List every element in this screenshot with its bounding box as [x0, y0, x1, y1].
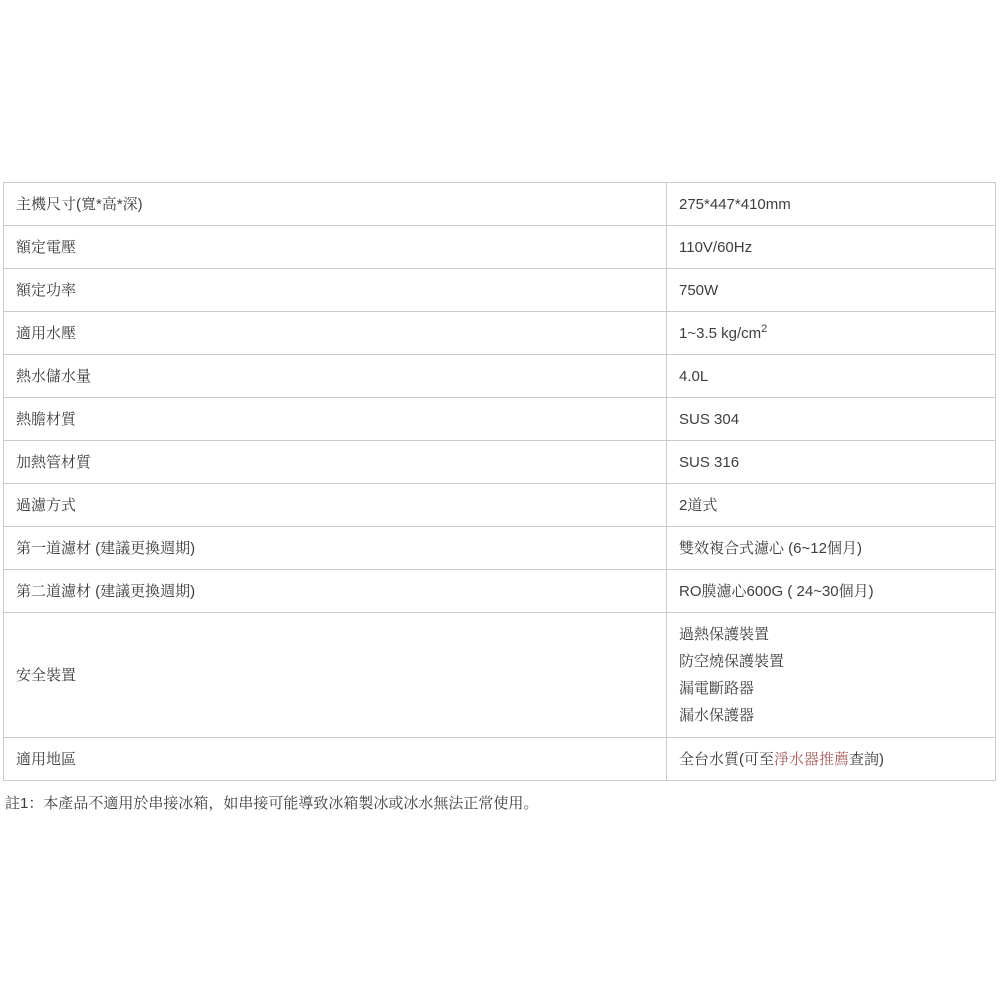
row-value: 2道式 — [667, 484, 996, 527]
row-value: 過熱保護裝置 防空燒保護裝置 漏電斷路器 漏水保護器 — [667, 613, 996, 738]
spec-table: 主機尺寸(寬*高*深) 275*447*410mm 額定電壓 110V/60Hz… — [3, 182, 996, 781]
table-row-safety-devices: 安全裝置 過熱保護裝置 防空燒保護裝置 漏電斷路器 漏水保護器 — [4, 613, 996, 738]
row-label: 第二道濾材 (建議更換週期) — [4, 570, 667, 613]
table-row: 適用水壓 1~3.5 kg/cm2 — [4, 312, 996, 355]
table-row: 第一道濾材 (建議更換週期) 雙效複合式濾心 (6~12個月) — [4, 527, 996, 570]
table-row: 額定功率 750W — [4, 269, 996, 312]
table-row: 熱膽材質 SUS 304 — [4, 398, 996, 441]
safety-device-item: 漏電斷路器 — [679, 675, 983, 702]
water-purifier-recommendation-link[interactable]: 淨水器推薦 — [774, 751, 849, 768]
table-row: 主機尺寸(寬*高*深) 275*447*410mm — [4, 183, 996, 226]
table-row: 熱水儲水量 4.0L — [4, 355, 996, 398]
footnote-note1: 註1：本產品不適用於串接冰箱，如串接可能導致冰箱製冰或冰水無法正常使用。 — [5, 793, 538, 814]
water-pressure-value: 1~3.5 kg/cm — [679, 325, 761, 342]
table-row-applicable-area: 適用地區 全台水質(可至淨水器推薦查詢) — [4, 738, 996, 781]
row-label: 熱水儲水量 — [4, 355, 667, 398]
row-value: 275*447*410mm — [667, 183, 996, 226]
safety-device-item: 過熱保護裝置 — [679, 621, 983, 648]
table-row: 過濾方式 2道式 — [4, 484, 996, 527]
row-label: 安全裝置 — [4, 613, 667, 738]
superscript-2: 2 — [761, 323, 767, 335]
row-value: 全台水質(可至淨水器推薦查詢) — [667, 738, 996, 781]
row-label: 加熱管材質 — [4, 441, 667, 484]
table-row: 加熱管材質 SUS 316 — [4, 441, 996, 484]
safety-device-item: 防空燒保護裝置 — [679, 648, 983, 675]
spec-page: 主機尺寸(寬*高*深) 275*447*410mm 額定電壓 110V/60Hz… — [0, 0, 1000, 1000]
area-value-prefix: 全台水質(可至 — [679, 751, 774, 768]
row-value: 750W — [667, 269, 996, 312]
table-row: 額定電壓 110V/60Hz — [4, 226, 996, 269]
row-label: 第一道濾材 (建議更換週期) — [4, 527, 667, 570]
row-label: 額定電壓 — [4, 226, 667, 269]
row-label: 適用地區 — [4, 738, 667, 781]
row-value: 雙效複合式濾心 (6~12個月) — [667, 527, 996, 570]
row-value: 110V/60Hz — [667, 226, 996, 269]
row-value: SUS 316 — [667, 441, 996, 484]
area-value-suffix: 查詢) — [849, 751, 884, 768]
row-value: 1~3.5 kg/cm2 — [667, 312, 996, 355]
row-label: 額定功率 — [4, 269, 667, 312]
row-value: RO膜濾心600G ( 24~30個月) — [667, 570, 996, 613]
row-label: 熱膽材質 — [4, 398, 667, 441]
row-value: SUS 304 — [667, 398, 996, 441]
safety-device-item: 漏水保護器 — [679, 702, 983, 729]
row-label: 主機尺寸(寬*高*深) — [4, 183, 667, 226]
row-value: 4.0L — [667, 355, 996, 398]
row-label: 過濾方式 — [4, 484, 667, 527]
row-label: 適用水壓 — [4, 312, 667, 355]
table-row: 第二道濾材 (建議更換週期) RO膜濾心600G ( 24~30個月) — [4, 570, 996, 613]
